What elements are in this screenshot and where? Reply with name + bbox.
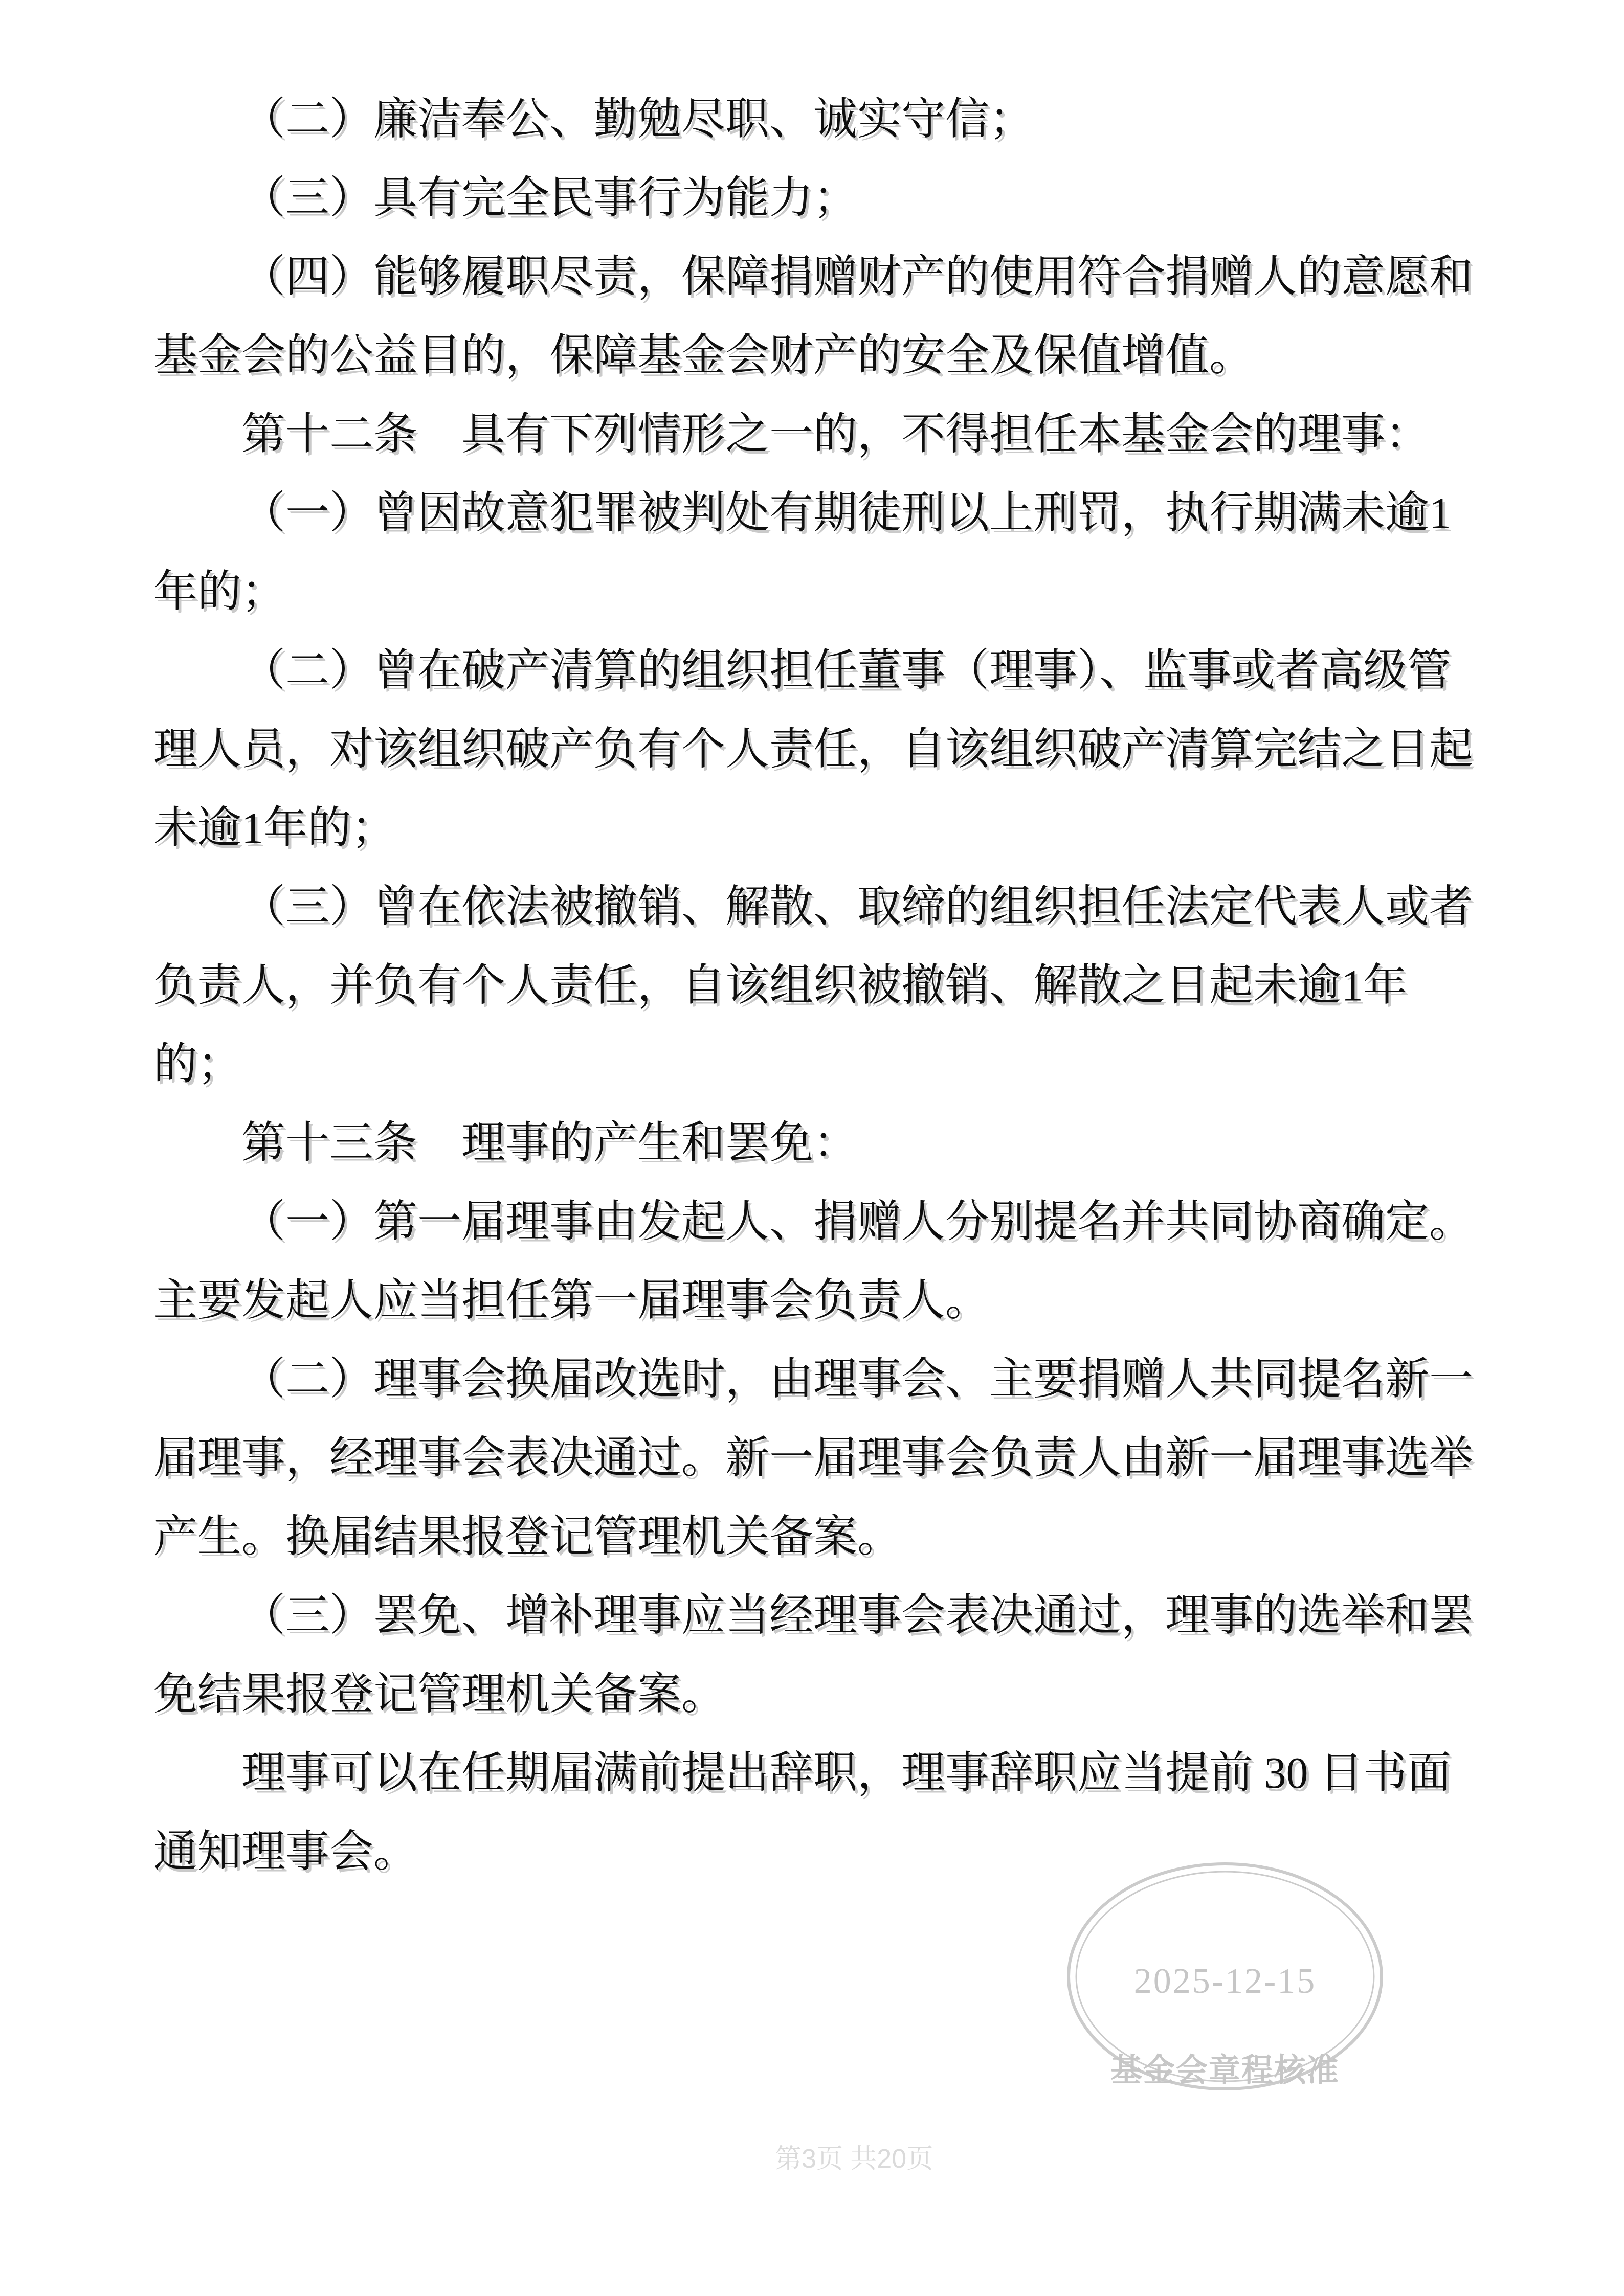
text-line: （二）廉洁奉公、勤勉尽职、诚实守信；: [153, 80, 1473, 159]
document-page: （二）廉洁奉公、勤勉尽职、诚实守信；（三）具有完全民事行为能力；（四）能够履职尽…: [0, 0, 1624, 2296]
text-line: 第十二条 具有下列情形之一的，不得担任本基金会的理事：: [153, 395, 1473, 474]
text-line: 免结果报登记管理机关备案。: [153, 1655, 1473, 1734]
text-line: 的；: [153, 1025, 1473, 1104]
text-line: 届理事，经理事会表决通过。新一届理事会负责人由新一届理事选举: [153, 1419, 1473, 1497]
text-line: （一）第一届理事由发起人、捐赠人分别提名并共同协商确定。: [153, 1182, 1473, 1261]
text-line: （三）具有完全民事行为能力；: [153, 159, 1473, 237]
stamp-date: 2025-12-15: [1066, 1964, 1384, 1999]
text-line: 产生。换届结果报登记管理机关备案。: [153, 1497, 1473, 1576]
text-line: 年的；: [153, 552, 1473, 631]
stamp-caption: 基金会章程核准: [1066, 2055, 1384, 2087]
text-line: （三）罢免、增补理事应当经理事会表决通过，理事的选举和罢: [153, 1576, 1473, 1655]
text-line: （一）曾因故意犯罪被判处有期徒刑以上刑罚，执行期满未逾1: [153, 474, 1473, 552]
text-line: 第十三条 理事的产生和罢免：: [153, 1104, 1473, 1182]
approval-stamp: 2025-12-15 基金会章程核准: [1066, 1861, 1384, 2091]
page-number: 第3页 共20页: [775, 2145, 933, 2173]
text-line: 未逾1年的；: [153, 789, 1473, 867]
text-line: 基金会的公益目的，保障基金会财产的安全及保值增值。: [153, 316, 1473, 395]
text-line: 主要发起人应当担任第一届理事会负责人。: [153, 1261, 1473, 1340]
text-line: 负责人，并负有个人责任，自该组织被撤销、解散之日起未逾1年: [153, 946, 1473, 1025]
charter-text-block: （二）廉洁奉公、勤勉尽职、诚实守信；（三）具有完全民事行为能力；（四）能够履职尽…: [153, 80, 1473, 1891]
text-line: （三）曾在依法被撤销、解散、取缔的组织担任法定代表人或者: [153, 867, 1473, 946]
text-line: 理人员，对该组织破产负有个人责任，自该组织破产清算完结之日起: [153, 710, 1473, 789]
text-line: 理事可以在任期届满前提出辞职，理事辞职应当提前 30 日书面: [153, 1734, 1473, 1812]
text-line: （二）曾在破产清算的组织担任董事（理事）、监事或者高级管: [153, 631, 1473, 710]
text-line: （二）理事会换届改选时，由理事会、主要捐赠人共同提名新一: [153, 1340, 1473, 1419]
text-line: （四）能够履职尽责，保障捐赠财产的使用符合捐赠人的意愿和: [153, 237, 1473, 316]
